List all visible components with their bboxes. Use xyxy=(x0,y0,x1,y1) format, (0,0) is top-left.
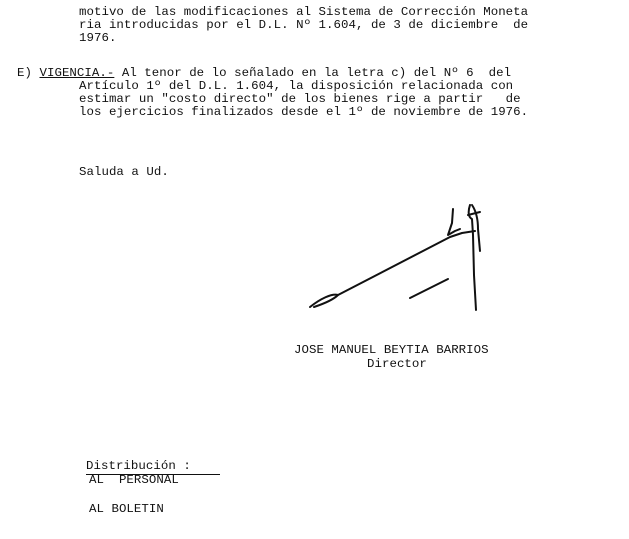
section-heading: VIGENCIA.- xyxy=(39,66,114,80)
distribution-heading: Distribución : xyxy=(86,460,191,473)
distribution-recipient: AL PERSONAL xyxy=(89,474,179,487)
section-letter: E) xyxy=(17,66,32,80)
signatory-title: Director xyxy=(367,358,427,371)
intro-line: 1976. xyxy=(79,32,116,45)
distribution-recipient: AL BOLETIN xyxy=(89,503,164,516)
section-text: Al tenor de lo señalado en la letra c) d… xyxy=(114,66,511,80)
intro-line: ria introducidas por el D.L. Nº 1.604, d… xyxy=(79,19,528,32)
signatory-name: JOSE MANUEL BEYTIA BARRIOS xyxy=(294,344,489,357)
closing-salutation: Saluda a Ud. xyxy=(79,166,169,179)
section-line: los ejercicios finalizados desde el 1º d… xyxy=(79,106,528,119)
handwritten-signature xyxy=(290,195,510,320)
